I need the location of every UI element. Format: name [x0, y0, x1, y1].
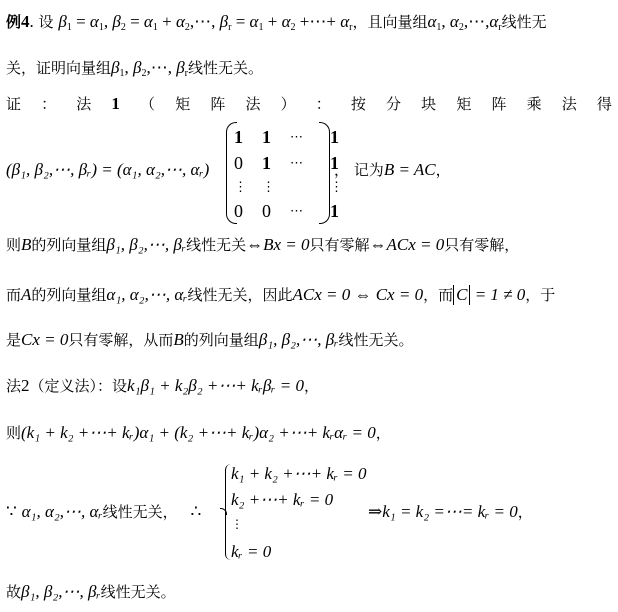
system-result: ⇒k₁ = k₂ =⋯= kᵣ = 0，	[368, 502, 533, 522]
upper-triangular-matrix: 1 1 ⋯ 1 0 1 ⋯ 1 ⋮ ⋮ ⋮ 0 0 ⋯ 1	[226, 122, 330, 222]
conclusion: 故β₁, β₂,⋯, βᵣ线性无关。	[6, 582, 176, 602]
formula-alpha-group: α1, α2,⋯,αr	[427, 12, 501, 31]
example-label: 例	[6, 13, 21, 31]
determinant: C	[453, 285, 470, 305]
formula-beta-group: β1, β2,⋯, βr	[111, 58, 188, 77]
matrix-formula-lhs: (β₁, β₂,⋯, βᵣ) = (α₁, α₂,⋯, αᵣ)	[6, 160, 209, 180]
example-statement-line2: 关，证明向量组β1, β2,⋯, βr线性无关。	[6, 58, 263, 78]
method1-header: 证 ： 法 1 （ 矩 阵 法 ） ： 按 分 块 矩 阵 乘 法 得	[6, 94, 612, 114]
proof-line-c: 是Cx = 0只有零解，从而B的列向量组β₁, β₂,⋯, βᵣ线性无关。	[6, 330, 413, 350]
formula-beta-definitions: β1 = α1, β2 = α1 + α2,⋯, βr = α1 + α2 +⋯…	[58, 12, 352, 31]
proof-line-b: 则B的列向量组β₁, β₂,⋯, βᵣ线性无关⇔Bx = 0只有零解⇔ACx =…	[6, 235, 519, 255]
proof-line-a: 而A的列向量组α₁, α₂,⋯, αᵣ线性无关，因此ACx = 0 ⇔ Cx =…	[6, 285, 555, 305]
matrix-note: ， 记为B = AC，	[334, 160, 451, 180]
system-premise: ∵ α₁, α₂,⋯, αᵣ线性无关， ∴	[6, 502, 201, 522]
example-number: 4	[21, 12, 30, 31]
method2-expansion: 则(k₁ + k₂ +⋯+ kᵣ)α₁ + (k₂ +⋯+ kᵣ)α₂ +⋯+ …	[6, 423, 391, 443]
method2-header: 法2（定义法）：设k₁β₁ + k₂β₂ +⋯+ kᵣβᵣ = 0，	[6, 376, 319, 396]
example-statement-line1: 例4. 设 β1 = α1, β2 = α1 + α2,⋯, βr = α1 +…	[6, 12, 547, 32]
